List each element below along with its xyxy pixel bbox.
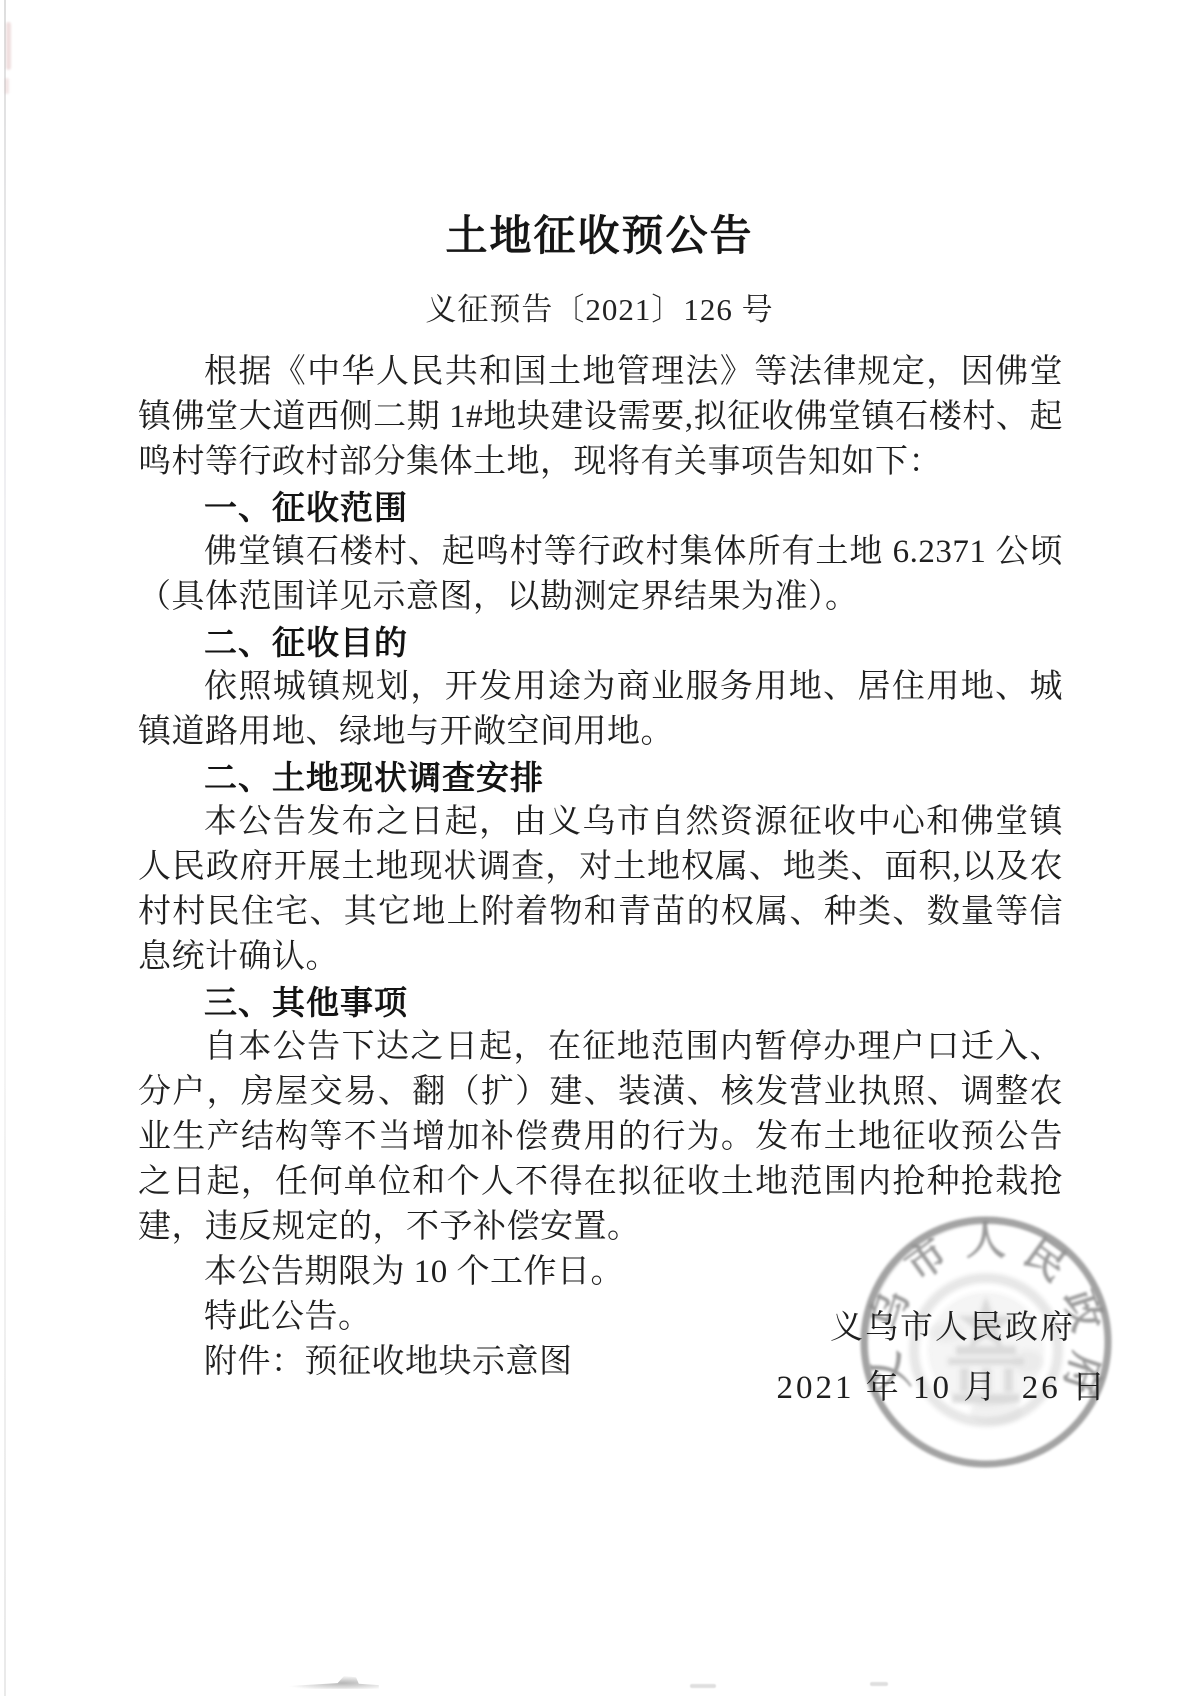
issue-date: 2021 年 10 月 26 日 [0,1368,1108,1408]
scan-artifact-bottom [287,1676,379,1689]
issuing-authority: 义乌市人民政府 [0,1308,1075,1348]
seal-ring-char: 人 [966,1219,1006,1263]
section-heading-3: 二、土地现状调查安排 [138,755,1063,800]
seal-ring-char: 市 [898,1231,956,1290]
document-title: 土地征收预公告 [0,213,1199,259]
scan-speck [690,1684,716,1688]
scan-speck [870,1682,888,1686]
section-heading-2: 二、征收目的 [138,620,1063,665]
section-heading-4: 三、其他事项 [138,980,1063,1025]
section-body-3: 本公告发布之日起，由义乌市自然资源征收中心和佛堂镇人民政府开展土地现状调查，对土… [138,800,1063,980]
intro-paragraph: 根据《中华人民共和国土地管理法》等法律规定，因佛堂镇佛堂大道西侧二期 1#地块建… [138,350,1063,485]
scan-artifact-top-left [6,22,11,70]
scanned-document-page: 土地征收预公告 义征预告〔2021〕126 号 根据《中华人民共和国土地管理法》… [0,0,1199,1696]
section-heading-1: 一、征收范围 [138,485,1063,530]
scan-artifact-top-left-2 [5,78,9,94]
seal-ring-char: 民 [1016,1231,1074,1290]
section-body-1: 佛堂镇石楼村、起鸣村等行政村集体所有土地 6.2371 公顷（具体范围详见示意图… [138,530,1063,620]
document-number: 义征预告〔2021〕126 号 [0,293,1199,327]
section-body-2: 依照城镇规划，开发用途为商业服务用地、居住用地、城镇道路用地、绿地与开敞空间用地… [138,665,1063,755]
